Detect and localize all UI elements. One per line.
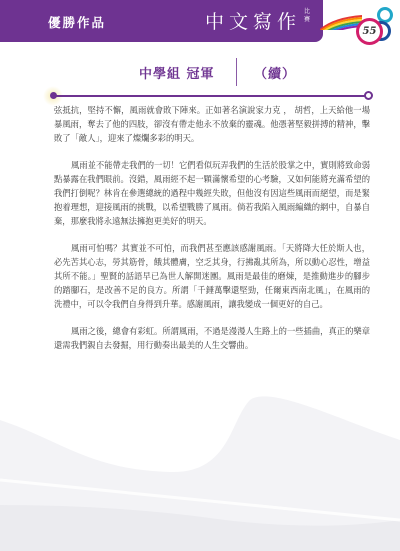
page-header: 優勝作品 中文寫作 比賽 55	[0, 0, 400, 44]
paragraph: 風雨之後，總會有彩虹。所謂風雨，不過是漫漫人生路上的一些插曲，真正的樂章還需我們…	[54, 324, 370, 352]
brand-subtitle: 比賽	[304, 8, 314, 24]
paragraph: 弦抵抗，堅持不懈，風雨就會敗下陣來。正如著名演說家力克 ， 胡哲，上天給他一場暴…	[54, 103, 370, 146]
article-title: 中學組 冠軍 （續）	[0, 58, 400, 86]
paragraph: 風雨並不能帶走我們的一切！它們看似玩弄我們的生活於股掌之中，實則將致命弱點暴露在…	[54, 158, 370, 229]
page-number: 55	[363, 26, 377, 37]
rule-end-ring-icon	[364, 91, 373, 100]
article-body: 弦抵抗，堅持不懈，風雨就會敗下陣來。正如著名演說家力克 ， 胡哲，上天給他一場暴…	[54, 103, 370, 364]
title-divider	[236, 58, 237, 86]
rule-start-dot-icon	[50, 92, 57, 99]
continued-label: （續）	[254, 63, 296, 82]
brand-title: 中文寫作	[205, 7, 301, 34]
page-number-badge: 55	[356, 18, 383, 45]
section-label: 優勝作品	[48, 13, 106, 31]
award-category: 中學組 冠軍	[139, 63, 215, 82]
divider-rule	[54, 95, 368, 97]
paragraph: 風雨可怕嗎？其實並不可怕，而我們甚至應該感謝風雨。「天將降大任於斯人也，必先苦其…	[54, 241, 370, 312]
